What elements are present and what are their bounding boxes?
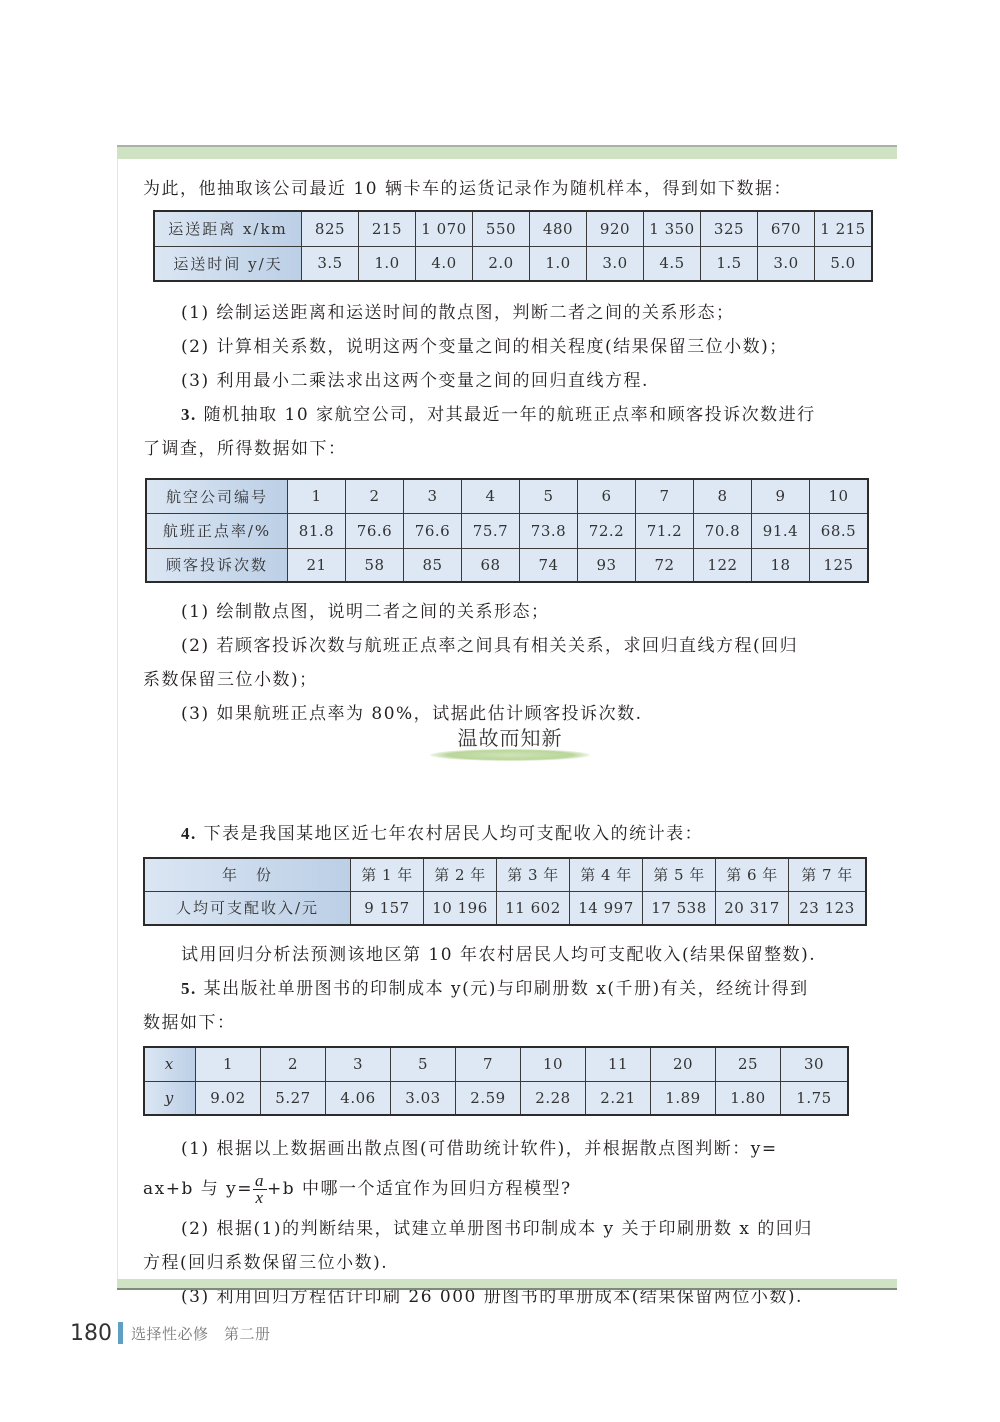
table-cell: 73.8 [520, 513, 578, 548]
table-cell: 2.21 [586, 1081, 651, 1115]
table-cell: 25 [716, 1047, 781, 1081]
table-cell: 3.03 [391, 1081, 456, 1115]
table-cell: 122 [694, 548, 752, 582]
q5-part-1-line1: (1) 根据以上数据画出散点图(可借助统计软件)，并根据散点图判断：y= [143, 1132, 873, 1166]
table-cell: 第 3 年 [497, 858, 570, 891]
table-cell: 480 [530, 211, 587, 246]
table-cell: 第 5 年 [643, 858, 716, 891]
table-cell: 11 602 [497, 891, 570, 925]
table-cell: 8 [694, 479, 752, 513]
table-cell: 68.5 [810, 513, 869, 548]
table-row: 运送时间 y/天 3.5 1.0 4.0 2.0 1.0 3.0 4.5 1.5… [154, 246, 872, 281]
table-cell: 74 [520, 548, 578, 582]
table-cell: 第 1 年 [351, 858, 424, 891]
table-row: 运送距离 x/km 825 215 1 070 550 480 920 1 35… [154, 211, 872, 246]
table-cell: 4 [462, 479, 520, 513]
page-footer: 180 选择性必修 第二册 [70, 1318, 271, 1348]
table-cell: 2 [346, 479, 404, 513]
table-cell: 14 997 [570, 891, 643, 925]
table-cell: 5.27 [261, 1081, 326, 1115]
table-cell: 30 [781, 1047, 849, 1081]
q3-part-1: (1) 绘制散点图，说明二者之间的关系形态； [143, 595, 873, 629]
q3-number: 3. [181, 405, 197, 424]
truck-data-table: 运送距离 x/km 825 215 1 070 550 480 920 1 35… [153, 210, 873, 282]
table-cell: 2.59 [456, 1081, 521, 1115]
q3-text-line2: 了调查，所得数据如下： [143, 432, 873, 466]
table-cell: 9 157 [351, 891, 424, 925]
q5-part-1-line2: ax+b 与 y=ax+b 中哪一个适宜作为回归方程模型? [143, 1166, 873, 1212]
table-cell: 3 [404, 479, 462, 513]
row-header: y [144, 1081, 196, 1115]
table-cell: 20 [651, 1047, 716, 1081]
table-cell: 10 [521, 1047, 586, 1081]
row-header: 航空公司编号 [146, 479, 288, 513]
table-row: 人均可支配收入/元 9 157 10 196 11 602 14 997 17 … [144, 891, 866, 925]
table-cell: 1.89 [651, 1081, 716, 1115]
q4-followup: 试用回归分析法预测该地区第 10 年农村居民人均可支配收入(结果保留整数). [143, 938, 873, 972]
top-green-band [117, 145, 897, 159]
table-cell: 9 [752, 479, 810, 513]
section-heading: 温故而知新 [430, 716, 590, 766]
table-cell: 1 [196, 1047, 261, 1081]
table-row: y 9.02 5.27 4.06 3.03 2.59 2.28 2.21 1.8… [144, 1081, 848, 1115]
table-cell: 第 6 年 [716, 858, 789, 891]
row-header: x [144, 1047, 196, 1081]
table-cell: 325 [701, 211, 758, 246]
fraction-denominator: x [253, 1190, 267, 1206]
table-cell: 93 [578, 548, 636, 582]
table-row: 航空公司编号 1 2 3 4 5 6 7 8 9 10 [146, 479, 868, 513]
row-header: 运送距离 x/km [154, 211, 302, 246]
table-cell: 75.7 [462, 513, 520, 548]
table-cell: 11 [586, 1047, 651, 1081]
table-cell: 125 [810, 548, 869, 582]
table-cell: 第 2 年 [424, 858, 497, 891]
table-cell: 2 [261, 1047, 326, 1081]
table-cell: 72 [636, 548, 694, 582]
q4-text: 4. 下表是我国某地区近七年农村居民人均可支配收入的统计表： [143, 817, 873, 851]
airline-data-table: 航空公司编号 1 2 3 4 5 6 7 8 9 10 航班正点率/% 81.8… [145, 478, 869, 583]
table-cell: 920 [587, 211, 644, 246]
table-row: 航班正点率/% 81.8 76.6 76.6 75.7 73.8 72.2 71… [146, 513, 868, 548]
table-cell: 17 538 [643, 891, 716, 925]
q3-part-2-cont: 系数保留三位小数)； [143, 663, 873, 697]
row-header: 年 份 [144, 858, 351, 891]
table-cell: 3.0 [587, 246, 644, 281]
row-header: 顾客投诉次数 [146, 548, 288, 582]
table-cell: 72.2 [578, 513, 636, 548]
table-cell: 4.0 [416, 246, 473, 281]
q5-text-line2: 数据如下： [143, 1006, 873, 1040]
table-cell: 91.4 [752, 513, 810, 548]
row-header: 人均可支配收入/元 [144, 891, 351, 925]
table-cell: 1 070 [416, 211, 473, 246]
table-cell: 85 [404, 548, 462, 582]
book-title: 选择性必修 第二册 [131, 1323, 271, 1344]
table-cell: 4.5 [644, 246, 701, 281]
q4-number: 4. [181, 824, 197, 843]
fraction-a-over-x: ax [253, 1173, 267, 1206]
table-cell: 5 [520, 479, 578, 513]
table-row: 年 份 第 1 年 第 2 年 第 3 年 第 4 年 第 5 年 第 6 年 … [144, 858, 866, 891]
table-cell: 3 [326, 1047, 391, 1081]
q2-part-3: (3) 利用最小二乘法求出这两个变量之间的回归直线方程. [143, 364, 873, 398]
table-cell: 215 [359, 211, 416, 246]
q3-text: 随机抽取 10 家航空公司，对其最近一年的航班正点率和顾客投诉次数进行 [204, 405, 816, 425]
table-cell: 10 [810, 479, 869, 513]
table-cell: 18 [752, 548, 810, 582]
q5-part-2-line1: (2) 根据(1)的判断结果，试建立单册图书印制成本 y 关于印刷册数 x 的回… [143, 1212, 873, 1246]
row-header: 航班正点率/% [146, 513, 288, 548]
table-cell: 21 [288, 548, 346, 582]
q5-part-1-pre: ax+b 与 y= [143, 1179, 253, 1199]
table-cell: 9.02 [196, 1081, 261, 1115]
table-cell: 第 7 年 [789, 858, 867, 891]
table-cell: 7 [456, 1047, 521, 1081]
table-cell: 1.75 [781, 1081, 849, 1115]
income-data-table: 年 份 第 1 年 第 2 年 第 3 年 第 4 年 第 5 年 第 6 年 … [143, 857, 867, 926]
table-cell: 5 [391, 1047, 456, 1081]
table-cell: 81.8 [288, 513, 346, 548]
table-cell: 5.0 [815, 246, 873, 281]
q5-part-2-line2: 方程(回归系数保留三位小数). [143, 1246, 873, 1280]
table-cell: 76.6 [346, 513, 404, 548]
q3-part-2: (2) 若顾客投诉次数与航班正点率之间具有相关关系，求回归直线方程(回归 [143, 629, 873, 663]
table-cell: 70.8 [694, 513, 752, 548]
q3-text-line1: 3. 随机抽取 10 家航空公司，对其最近一年的航班正点率和顾客投诉次数进行 [143, 398, 873, 432]
table-row: 顾客投诉次数 21 58 85 68 74 93 72 122 18 125 [146, 548, 868, 582]
table-cell: 3.5 [302, 246, 359, 281]
table-cell: 23 123 [789, 891, 867, 925]
q2-part-2: (2) 计算相关系数，说明这两个变量之间的相关程度(结果保留三位小数)； [143, 330, 873, 364]
q5-text-line1: 5. 某出版社单册图书的印制成本 y(元)与印刷册数 x(千册)有关，经统计得到 [143, 972, 873, 1006]
table-cell: 20 317 [716, 891, 789, 925]
table-cell: 58 [346, 548, 404, 582]
table-cell: 1.80 [716, 1081, 781, 1115]
table-cell: 4.06 [326, 1081, 391, 1115]
bottom-green-band [117, 1279, 897, 1290]
table-cell: 1.5 [701, 246, 758, 281]
table-row: x 1 2 3 5 7 10 11 20 25 30 [144, 1047, 848, 1081]
table-cell: 3.0 [758, 246, 815, 281]
q5-text: 某出版社单册图书的印制成本 y(元)与印刷册数 x(千册)有关，经统计得到 [204, 979, 809, 999]
table-cell: 1 215 [815, 211, 873, 246]
table-cell: 68 [462, 548, 520, 582]
q5-part-1-post: +b 中哪一个适宜作为回归方程模型? [267, 1179, 572, 1199]
table-cell: 1 [288, 479, 346, 513]
table-cell: 825 [302, 211, 359, 246]
section-title-text: 温故而知新 [430, 722, 590, 751]
footer-divider-bar [118, 1322, 123, 1344]
table-cell: 670 [758, 211, 815, 246]
table-cell: 550 [473, 211, 530, 246]
q4-text-body: 下表是我国某地区近七年农村居民人均可支配收入的统计表： [204, 824, 704, 844]
table-cell: 7 [636, 479, 694, 513]
table-cell: 1.0 [530, 246, 587, 281]
table-cell: 第 4 年 [570, 858, 643, 891]
table-cell: 6 [578, 479, 636, 513]
table-cell: 76.6 [404, 513, 462, 548]
table-cell: 71.2 [636, 513, 694, 548]
row-header: 运送时间 y/天 [154, 246, 302, 281]
intro-line: 为此，他抽取该公司最近 10 辆卡车的运货记录作为随机样本，得到如下数据： [143, 172, 873, 206]
page-number: 180 [70, 1321, 112, 1346]
q5-number: 5. [181, 979, 197, 998]
q2-part-1: (1) 绘制运送距离和运送时间的散点图，判断二者之间的关系形态； [143, 296, 873, 330]
table-cell: 1 350 [644, 211, 701, 246]
table-cell: 10 196 [424, 891, 497, 925]
printing-cost-table: x 1 2 3 5 7 10 11 20 25 30 y 9.02 5.27 4… [143, 1046, 849, 1116]
table-cell: 1.0 [359, 246, 416, 281]
table-cell: 2.0 [473, 246, 530, 281]
table-cell: 2.28 [521, 1081, 586, 1115]
